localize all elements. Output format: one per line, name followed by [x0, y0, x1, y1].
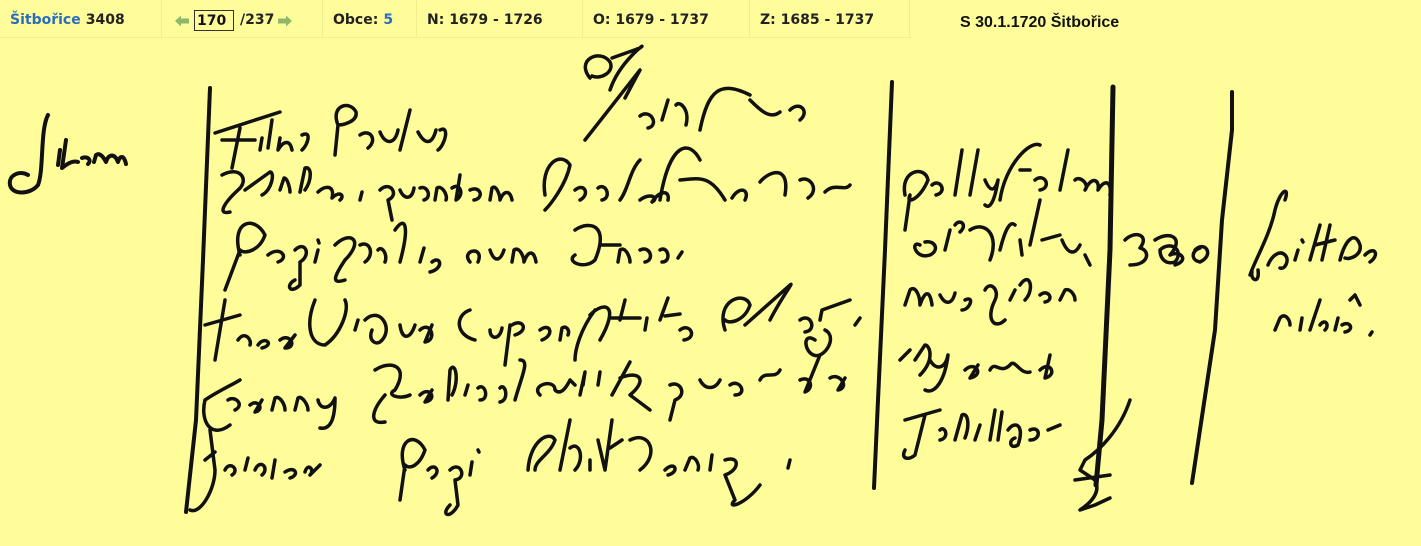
obce-count-link[interactable]: 5: [383, 12, 393, 28]
register-scan-image: [0, 38, 1421, 546]
margin-idem: [10, 115, 126, 193]
page-number-input[interactable]: [194, 10, 234, 31]
obce-label: Obce:: [333, 12, 378, 28]
town-cell: Šitbořice 3408: [0, 0, 162, 38]
navigation-bar: Šitbořice 3408 /237 Obce: 5 N: 1679 - 17…: [0, 0, 912, 38]
column-rule-2: [874, 82, 892, 488]
town-link[interactable]: Šitbořice: [10, 12, 81, 28]
total-pages: /237: [240, 12, 274, 28]
column-rule-4: [1192, 92, 1232, 483]
column-rule-1: [186, 88, 210, 512]
arrow-right-icon[interactable]: [277, 15, 293, 27]
handwriting-drawing: [0, 38, 1421, 546]
register-viewer: Šitbořice 3408 /237 Obce: 5 N: 1679 - 17…: [0, 0, 1421, 546]
pagination: /237: [162, 0, 323, 38]
range-z: Z: 1685 - 1737: [750, 0, 910, 38]
record-id: 3408: [86, 12, 125, 28]
range-o: O: 1679 - 1737: [583, 0, 750, 38]
arrow-left-icon[interactable]: [174, 15, 190, 27]
record-title: S 30.1.1720 Šitbořice: [960, 14, 1119, 32]
obce-cell: Obce: 5: [323, 0, 417, 38]
range-n: N: 1679 - 1726: [417, 0, 583, 38]
column-rule-3: [1096, 87, 1113, 485]
